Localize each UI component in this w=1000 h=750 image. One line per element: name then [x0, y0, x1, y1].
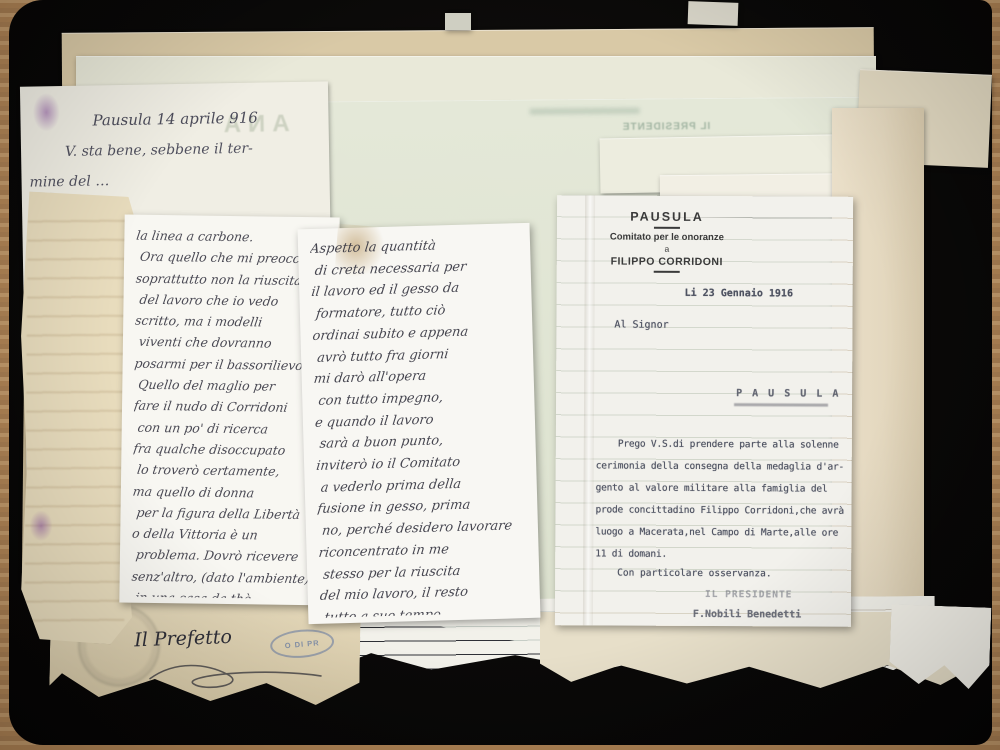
stamp-fine-print: [734, 403, 828, 406]
showthrough-mirrored-title: IL PRESIDENTE: [622, 121, 710, 133]
faded-illegible-writing: [24, 206, 128, 633]
typed-line: Prego V.S.di prendere parte alla solenne: [596, 433, 845, 456]
typed-line: 11 di domani.: [595, 543, 844, 566]
letterhead-title: PAUSULA: [567, 209, 767, 224]
purple-ink-blot: [32, 92, 61, 132]
handwriting-line: lo troverò certamente,: [136, 459, 332, 483]
showthrough-text-blur: [530, 108, 640, 115]
paper-tab: [445, 13, 471, 30]
handwriting-line: V. sta bene, sebbene il ter-: [65, 141, 253, 160]
photo-scene: IL PRESIDENTE …ani Paolo Il Prefetto O D…: [0, 0, 1000, 750]
typed-letter-page: PAUSULA Comitato per le onoranze a FILIP…: [555, 195, 853, 627]
handwriting-line: in una casa da thè.: [134, 587, 330, 600]
letterhead-rule: [654, 227, 680, 229]
handwritten-page-right: Aspetto la quantità di creta necessaria …: [298, 223, 541, 624]
typed-date: Li 23 Gennaio 1916: [685, 288, 793, 300]
handwriting-line: fra qualche disoccupato: [132, 438, 332, 462]
letterhead-committee: Comitato per le onoranze: [567, 231, 767, 243]
handwriting-line: mine del …: [29, 173, 109, 190]
pausula-stamp-text: P A U S U L A: [736, 388, 840, 400]
signer-title: IL PRESIDENTE: [705, 589, 792, 600]
typed-line: prode concittadino Filippo Corridoni,che…: [595, 499, 844, 522]
handwriting-line: senz'altro, (dato l'ambiente): [131, 565, 330, 589]
purple-ink-blot-2: [29, 510, 53, 542]
typed-closing: Con particolare osservanza.: [617, 568, 771, 580]
handwritten-note: Il Prefetto: [134, 626, 232, 651]
handwriting-line: problema. Dovrò ricevere: [135, 544, 331, 568]
page-content: Aspetto la quantità di creta necessaria …: [310, 233, 534, 618]
paper-tab: [688, 1, 739, 26]
letterhead-a: a: [567, 243, 767, 254]
signer-name: F.Nobili Benedetti: [693, 609, 801, 621]
typed-line: luogo a Macerata,nel Campo di Marte,alle…: [595, 521, 844, 544]
letterhead-name: FILIPPO CORRIDONI: [567, 255, 767, 268]
typed-salutation: Al Signor: [614, 320, 668, 331]
handwriting-line: per la figura della Libertà: [135, 502, 331, 526]
typed-body: Prego V.S.di prendere parte alla solenne…: [595, 433, 844, 566]
letterhead: PAUSULA Comitato per le onoranze a FILIP…: [567, 209, 767, 276]
typed-line: cerimonia della consegna della medaglia …: [596, 455, 845, 478]
letterhead-rule-2: [654, 271, 680, 273]
typed-line: gento al valore militare alla famiglia d…: [596, 477, 845, 500]
letter-date-line: Pausula 14 aprile 916: [92, 109, 258, 130]
handwriting-line: ma quello di donna: [131, 480, 331, 504]
